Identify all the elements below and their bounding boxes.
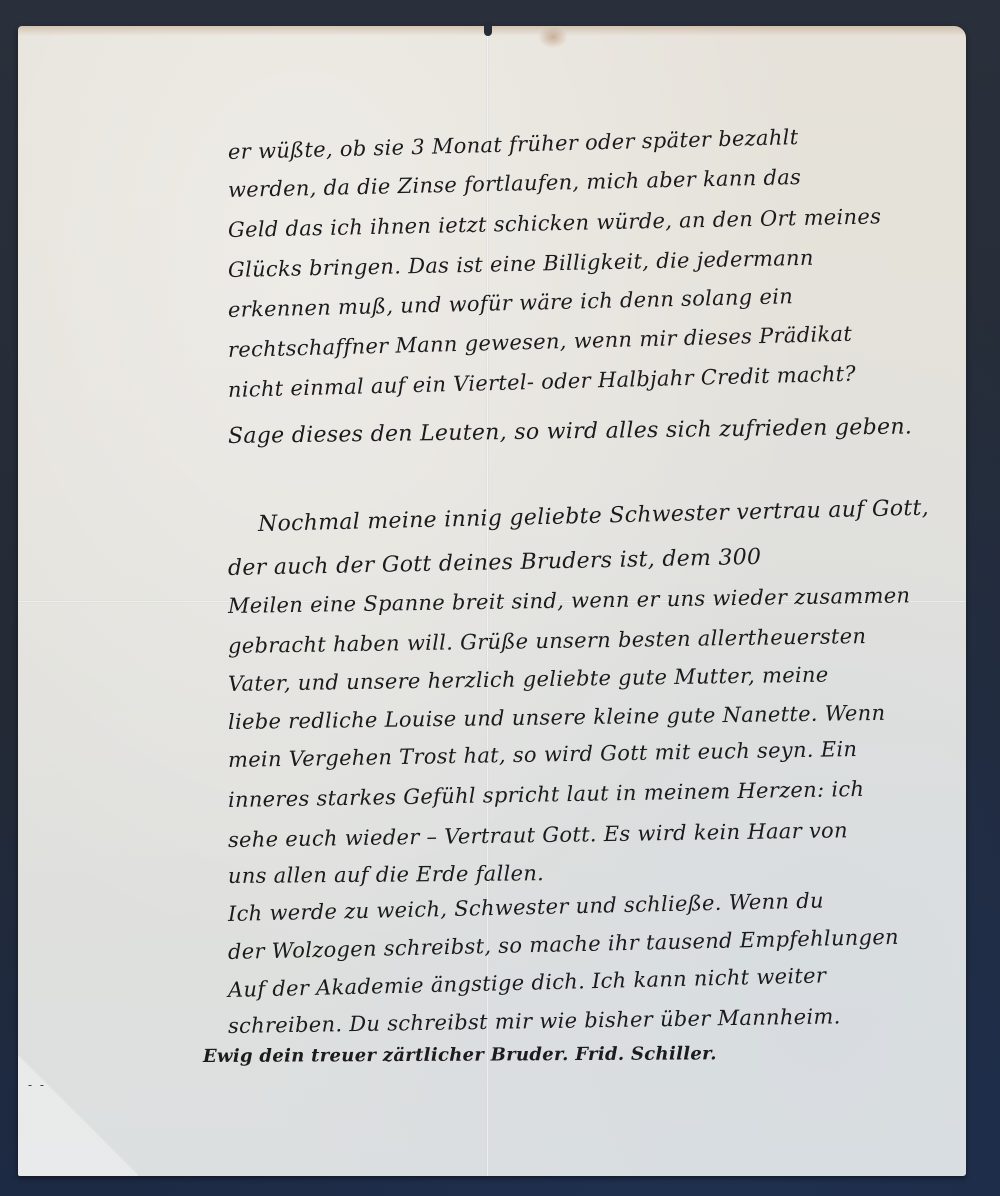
letter-line: werden, da die Zinse fortlaufen, mich ab… xyxy=(228,165,802,202)
letter-line: der Wolzogen schreibst, so mache ihr tau… xyxy=(228,925,899,964)
letter-line: Sage dieses den Leuten, so wird alles si… xyxy=(228,414,912,449)
letter-line: nicht einmal auf ein Viertel- oder Halbj… xyxy=(228,362,857,402)
letter-line: mein Vergehen Trost hat, so wird Gott mi… xyxy=(228,737,858,772)
letter-line: Auf der Akademie ängstige dich. Ich kann… xyxy=(228,963,827,1002)
letter-line: Meilen eine Spanne breit sind, wenn er u… xyxy=(228,583,911,618)
letter-line: Geld das ich ihnen ietzt schicken würde,… xyxy=(228,204,882,242)
letter-line: schreiben. Du schreibst mir wie bisher ü… xyxy=(228,1004,841,1038)
top-tear-notch xyxy=(484,22,492,36)
letter-line: Vater, und unsere herzlich geliebte gute… xyxy=(228,663,829,696)
corner-crease xyxy=(18,1056,138,1176)
letter-line: liebe redliche Louise und unsere kleine … xyxy=(228,701,886,734)
letter-line: der auch der Gott deines Bruders ist, de… xyxy=(228,545,762,581)
letter-line: gebracht haben will. Grüße unsern besten… xyxy=(228,624,867,658)
letter-line: er wüßte, ob sie 3 Monat früher oder spä… xyxy=(228,125,799,164)
letter-sheet: - - er wüßte, ob sie 3 Monat früher oder… xyxy=(18,26,966,1176)
letter-line: Ich werde zu weich, Schwester und schlie… xyxy=(228,888,824,926)
letter-line: uns allen auf die Erde fallen. xyxy=(228,861,544,888)
letter-line: sehe euch wieder – Vertraut Gott. Es wir… xyxy=(228,818,848,852)
top-edge-stain xyxy=(18,26,966,36)
letter-line: rechtschaffner Mann gewesen, wenn mir di… xyxy=(228,322,853,362)
margin-marks: - - xyxy=(28,1078,46,1092)
letter-line: Glücks bringen. Das ist eine Billigkeit,… xyxy=(228,246,814,282)
letter-line: inneres starkes Gefühl spricht laut in m… xyxy=(228,777,865,812)
closing-and-signature: Ewig dein treuer zärtlicher Bruder. Frid… xyxy=(203,1043,717,1067)
stain-spot xyxy=(538,26,568,48)
letter-line: erkennen muß, und wofür wäre ich denn so… xyxy=(228,284,794,322)
letter-line: Nochmal meine innig geliebte Schwester v… xyxy=(258,496,930,537)
